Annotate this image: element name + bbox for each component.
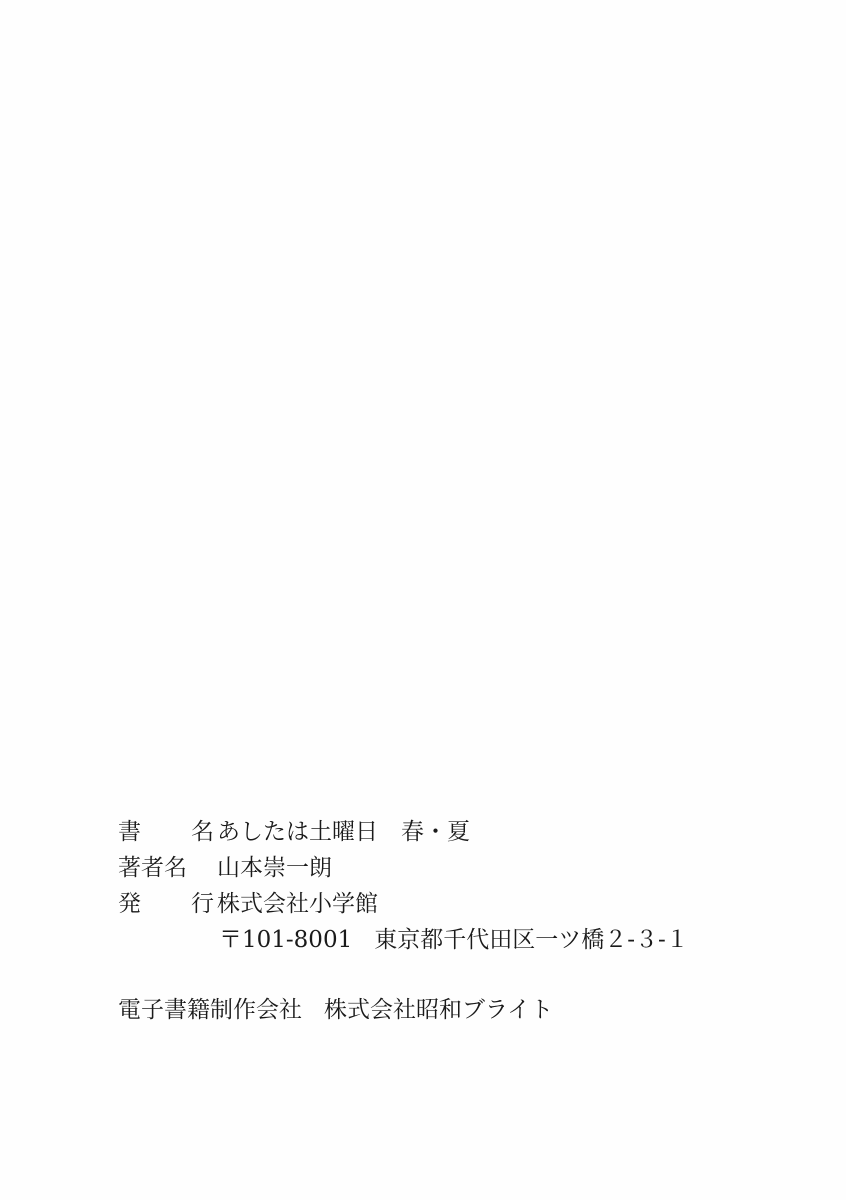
author-label-wrap: 著者名 <box>118 850 214 886</box>
publisher-label-char-1: 発 <box>118 886 141 922</box>
publisher-address: 〒101‐8001東京都千代田区一ツ橋２‐３‐１ <box>219 922 689 958</box>
ebook-producer-row: 電子書籍制作会社株式会社昭和ブライト <box>118 992 553 1028</box>
title-label: 書 名 <box>118 814 214 850</box>
ebook-producer-value: 株式会社昭和ブライト <box>324 997 553 1023</box>
publisher-label: 発 行 <box>118 886 214 922</box>
title-value: あしたは土曜日 春・夏 <box>217 814 470 850</box>
publisher-label-char-2: 行 <box>191 886 214 922</box>
address-row: 〒101‐8001東京都千代田区一ツ橋２‐３‐１ <box>118 922 553 958</box>
colophon-block: 書 名 あしたは土曜日 春・夏 著者名 山本崇一朗 発 行 株式会社小学館 〒1… <box>118 814 553 1028</box>
author-value: 山本崇一朗 <box>217 850 332 886</box>
postal-code: 〒101‐8001 <box>219 927 352 953</box>
title-row: 書 名 あしたは土曜日 春・夏 <box>118 814 553 850</box>
title-label-char-2: 名 <box>191 814 214 850</box>
author-label: 著者名 <box>118 850 187 886</box>
ebook-producer-label: 電子書籍制作会社 <box>118 997 302 1023</box>
author-row: 著者名 山本崇一朗 <box>118 850 553 886</box>
publisher-row: 発 行 株式会社小学館 <box>118 886 553 922</box>
spacer <box>118 958 553 992</box>
street-address: 東京都千代田区一ツ橋２‐３‐１ <box>374 927 689 953</box>
title-label-char-1: 書 <box>118 814 141 850</box>
colophon-page: 書 名 あしたは土曜日 春・夏 著者名 山本崇一朗 発 行 株式会社小学館 〒1… <box>0 0 846 1200</box>
publisher-value: 株式会社小学館 <box>217 886 378 922</box>
